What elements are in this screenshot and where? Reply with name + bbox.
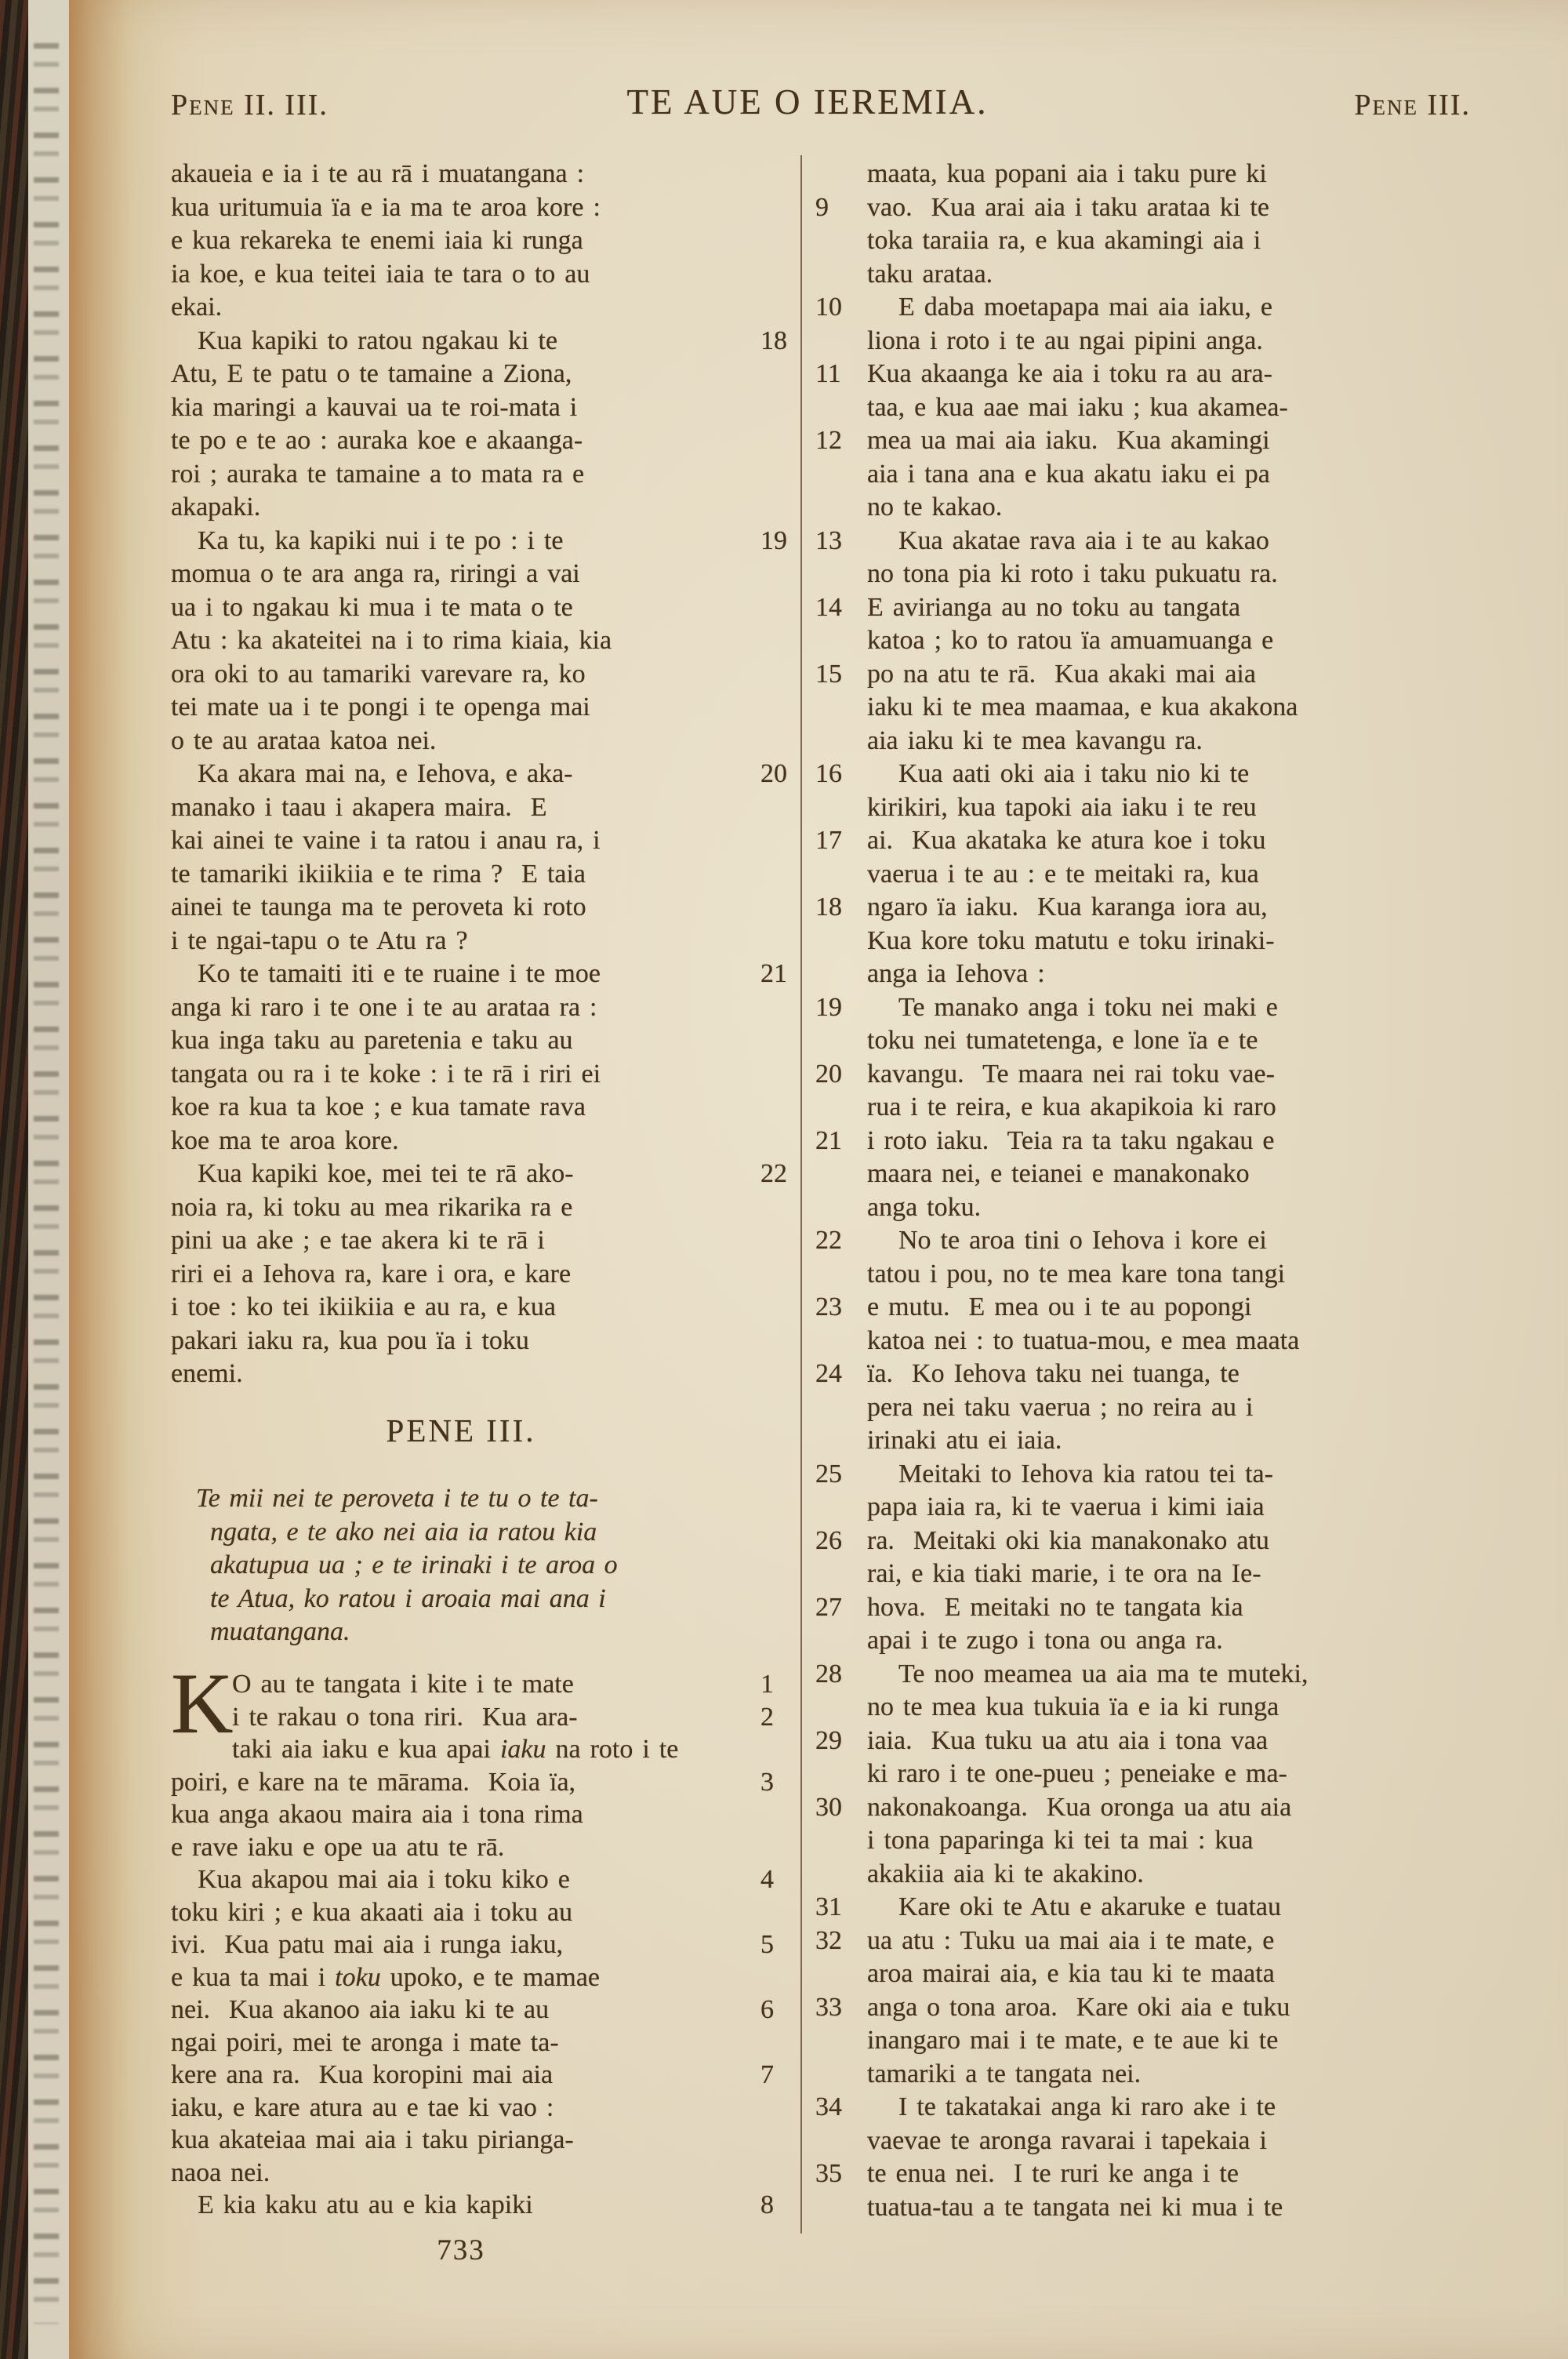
text-line: toku kiri ; e kua akaati aia i toku au xyxy=(171,1896,751,1929)
verse-number: 11 xyxy=(815,358,862,391)
verse-number: 14 xyxy=(815,591,862,625)
text-line: i roto iaku. Teia ra ta taku ngakau e21 xyxy=(815,1125,1447,1158)
text-line: iaku, e kare atura au e tae ki vao : xyxy=(171,2092,751,2125)
text-line: Kua kore toku matutu e toku irinaki- xyxy=(815,925,1447,958)
text-line: E kia kaku atu au e kia kapiki8 xyxy=(171,2189,751,2222)
text-line: akatupua ua ; e te irinaki i te aroa o xyxy=(196,1549,757,1583)
text-line: Kua kapiki to ratou ngakau ki te18 xyxy=(171,325,751,358)
text-line: noia ra, ki toku au mea rikarika ra e xyxy=(171,1191,751,1225)
text-line: anga ia Iehova : xyxy=(815,958,1447,991)
text-line: iaia. Kua tuku ua atu aia i tona vaa29 xyxy=(815,1725,1447,1758)
running-head-title: TE AUE O IEREMIA. xyxy=(549,82,1066,122)
text-line: Kua kapiki koe, mei tei te rā ako-22 xyxy=(171,1158,751,1191)
verse-number: 8 xyxy=(760,2189,808,2222)
verse-number: 20 xyxy=(760,758,808,791)
text-line: i te rakau o tona riri. Kua ara-2 xyxy=(171,1701,751,1734)
verse-number: 21 xyxy=(760,958,808,991)
text-line: ngata, e te ako nei aia ia ratou kia xyxy=(196,1516,757,1550)
text-line: tangata ou ra i te koke : i te rā i riri… xyxy=(171,1058,751,1092)
book-cover-marbled-edge xyxy=(0,0,28,2359)
text-line: toku nei tumatetenga, e lone ïa e te xyxy=(815,1024,1447,1058)
text-line: kua anga akaou maira aia i tona rima xyxy=(171,1798,751,1831)
text-line: e kua rekareka te enemi iaia ki runga xyxy=(171,224,751,258)
verse-number: 4 xyxy=(760,1863,808,1896)
text-line: ekai. xyxy=(171,291,751,325)
verse-number: 13 xyxy=(815,525,862,558)
text-line: ngai poiri, mei te aronga i mate ta- xyxy=(171,2026,751,2059)
text-line: rai, e kia tiaki marie, i te ora na Ie- xyxy=(815,1558,1447,1591)
text-line: kua akateiaa mai aia i taku pirianga- xyxy=(171,2124,751,2157)
verse-number: 19 xyxy=(760,525,808,558)
verse-number: 33 xyxy=(815,1991,862,2025)
verse-number: 17 xyxy=(815,824,862,858)
text-line: i tona paparinga ki tei ta mai : kua xyxy=(815,1824,1447,1858)
text-line: E avirianga au no toku au tangata14 xyxy=(815,591,1447,625)
text-line: Kua akaanga ke aia i toku ra au ara-11 xyxy=(815,358,1447,391)
text-line: maata, kua popani aia i taku pure ki xyxy=(815,158,1447,191)
verse-number: 6 xyxy=(760,1994,808,2026)
verse-number: 9 xyxy=(815,191,862,225)
text-line: anga toku. xyxy=(815,1191,1447,1225)
text-line: ïa. Ko Iehova taku nei tuanga, te24 xyxy=(815,1358,1447,1391)
verse-number: 3 xyxy=(760,1766,808,1799)
text-line: ngaro ïa iaku. Kua karanga iora au,18 xyxy=(815,891,1447,925)
verse-number: 18 xyxy=(760,325,808,358)
text-line: vaevae te aronga ravarai i tapekaia i xyxy=(815,2125,1447,2158)
verse-number: 7 xyxy=(760,2059,808,2092)
chapter-heading: PENE III. xyxy=(171,1412,751,1449)
text-line: po na atu te rā. Kua akaki mai aia15 xyxy=(815,658,1447,692)
text-line: akakiia aia ki te akakino. xyxy=(815,1858,1447,1892)
text-line: tei mate ua i te pongi i te openga mai xyxy=(171,691,751,725)
text-line: Atu : ka akateitei na i to rima kiaia, k… xyxy=(171,624,751,658)
verse-number: 15 xyxy=(815,658,862,692)
verse-number: 20 xyxy=(815,1058,862,1092)
text-line: Ko te tamaiti iti e te ruaine i te moe21 xyxy=(171,958,751,991)
text-line: tatou i pou, no te mea kare tona tangi xyxy=(815,1258,1447,1292)
verse-number: 31 xyxy=(815,1891,862,1925)
text-line: Kare oki te Atu e akaruke e tuatau31 xyxy=(815,1891,1447,1925)
text-line: ai. Kua akataka ke atura koe i toku17 xyxy=(815,824,1447,858)
left-column-chapter3-text: K O au te tangata i kite i te mate1i te … xyxy=(171,1668,751,2222)
verse-number: 25 xyxy=(815,1458,862,1492)
verse-number: 26 xyxy=(815,1525,862,1558)
text-line: manako i taau i akapera maira. E xyxy=(171,791,751,825)
text-line: koe ma te aroa kore. xyxy=(171,1125,751,1158)
text-line: kua uritumuia ïa e ia ma te aroa kore : xyxy=(171,191,751,225)
text-line: ki raro i te one-pueu ; peneiake e ma- xyxy=(815,1757,1447,1791)
text-line: tamariki a te tangata nei. xyxy=(815,2058,1447,2092)
text-line: E daba moetapapa mai aia iaku, e10 xyxy=(815,291,1447,325)
running-head-right: Pene III. xyxy=(1254,88,1471,122)
text-line: kirikiri, kua tapoki aia iaku i te reu xyxy=(815,791,1447,825)
text-line: vaerua i te au : e te meitaki ra, kua xyxy=(815,858,1447,892)
text-line: irinaki atu ei iaia. xyxy=(815,1424,1447,1458)
verse-number: 2 xyxy=(760,1701,808,1734)
previous-page-edge xyxy=(28,0,69,2359)
text-line: kua inga taku au paretenia e taku au xyxy=(171,1024,751,1058)
verse-number: 24 xyxy=(815,1358,862,1391)
text-line: kai ainei te vaine i ta ratou i anau ra,… xyxy=(171,824,751,858)
verse-number: 22 xyxy=(760,1158,808,1191)
text-line: akapaki. xyxy=(171,491,751,525)
text-line: e mutu. E mea ou i te au popongi23 xyxy=(815,1291,1447,1325)
text-line: vao. Kua arai aia i taku arataa ki te9 xyxy=(815,191,1447,225)
text-line: Kua aati oki aia i taku nio ki te16 xyxy=(815,758,1447,791)
verse-number: 28 xyxy=(815,1658,862,1692)
text-line: O au te tangata i kite i te mate1 xyxy=(171,1668,751,1701)
text-line: Ka tu, ka kapiki nui i te po : i te19 xyxy=(171,525,751,558)
text-line: kia maringi a kauvai ua te roi-mata i xyxy=(171,391,751,425)
column-divider-rule xyxy=(800,155,802,2234)
text-line: poiri, e kare na te mārama. Koia ïa,3 xyxy=(171,1766,751,1799)
verse-number: 16 xyxy=(815,758,862,791)
verse-number: 29 xyxy=(815,1725,862,1758)
text-line: Ka akara mai na, e Iehova, e aka-20 xyxy=(171,758,751,791)
text-line: ainei te taunga ma te peroveta ki roto xyxy=(171,891,751,925)
text-line: nakonakoanga. Kua oronga ua atu aia30 xyxy=(815,1791,1447,1825)
text-line: Kua akatae rava aia i te au kakao13 xyxy=(815,525,1447,558)
text-line: e rave iaku e ope ua atu te rā. xyxy=(171,1831,751,1864)
text-line: te enua nei. I te ruri ke anga i te35 xyxy=(815,2157,1447,2191)
text-line: ra. Meitaki oki kia manakonako atu26 xyxy=(815,1525,1447,1558)
text-line: I te takatakai anga ki raro ake i te34 xyxy=(815,2091,1447,2125)
text-line: rua i te reira, e kua akapikoia ki raro xyxy=(815,1091,1447,1125)
text-line: papa iaia ra, ki te vaerua i kimi iaia xyxy=(815,1491,1447,1525)
text-line: toka taraiia ra, e kua akamingi aia i xyxy=(815,224,1447,258)
text-line: akaueia e ia i te au rā i muatangana : xyxy=(171,158,751,191)
scanned-book-page: { "page": { "header_left": "Pene II. III… xyxy=(0,0,1568,2359)
chapter-summary: Te mii nei te peroveta i te tu o te ta-n… xyxy=(196,1482,757,1649)
verse-number: 19 xyxy=(815,991,862,1025)
verse-number: 18 xyxy=(815,891,862,925)
text-line: katoa ; ko to ratou ïa amuamuanga e xyxy=(815,624,1447,658)
verse-number: 22 xyxy=(815,1224,862,1258)
verse-number: 12 xyxy=(815,424,862,458)
verse-number: 21 xyxy=(815,1125,862,1158)
text-line: muatangana. xyxy=(196,1616,757,1649)
text-line: pini ua ake ; e tae akera ki te rā i xyxy=(171,1224,751,1258)
verse-number: 23 xyxy=(815,1291,862,1325)
right-column-text: maata, kua popani aia i taku pure kivao.… xyxy=(815,158,1447,2224)
text-line: apai i te zugo i tona ou anga ra. xyxy=(815,1624,1447,1658)
text-line: taku arataa. xyxy=(815,258,1447,292)
text-line: aia i tana ana e kua akatu iaku ei pa xyxy=(815,458,1447,492)
text-line: no te mea kua tukuia ïa e ia ki runga xyxy=(815,1691,1447,1725)
text-line: no tona pia ki roto i taku pukuatu ra. xyxy=(815,558,1447,591)
text-line: i toe : ko tei ikiikiia e au ra, e kua xyxy=(171,1291,751,1325)
verse-number: 35 xyxy=(815,2157,862,2191)
text-line: Atu, E te patu o te tamaine a Ziona, xyxy=(171,358,751,391)
text-line: Meitaki to Iehova kia ratou tei ta-25 xyxy=(815,1458,1447,1492)
text-line: anga o tona aroa. Kare oki aia e tuku33 xyxy=(815,1991,1447,2025)
text-line: ia koe, e kua teitei iaia te tara o to a… xyxy=(171,258,751,292)
verse-number: 1 xyxy=(760,1668,808,1701)
text-line: nei. Kua akanoo aia iaku ki te au6 xyxy=(171,1994,751,2026)
text-line: hova. E meitaki no te tangata kia27 xyxy=(815,1591,1447,1625)
text-line: o te au arataa katoa nei. xyxy=(171,725,751,758)
text-line: liona i roto i te au ngai pipini anga. xyxy=(815,325,1447,358)
text-line: kere ana ra. Kua koropini mai aia7 xyxy=(171,2059,751,2092)
text-line: te Atua, ko ratou i aroaia mai ana i xyxy=(196,1583,757,1616)
verse-number: 10 xyxy=(815,291,862,325)
text-line: Te manako anga i toku nei maki e19 xyxy=(815,991,1447,1025)
verse-number: 30 xyxy=(815,1791,862,1825)
text-line: no te kakao. xyxy=(815,491,1447,525)
text-line: ora oki to au tamariki varevare ra, ko xyxy=(171,658,751,692)
text-line: riri ei a Iehova ra, kare i ora, e kare xyxy=(171,1258,751,1292)
text-line: naoa nei. xyxy=(171,2157,751,2190)
text-line: taki aia iaku e kua apai iaku na roto i … xyxy=(171,1733,751,1766)
text-line: tuatua-tau a te tangata nei ki mua i te xyxy=(815,2191,1447,2225)
text-line: e kua ta mai i toku upoko, e te mamae xyxy=(171,1961,751,1994)
text-line: anga ki raro i te one i te au arataa ra … xyxy=(171,991,751,1025)
text-line: koe ra kua ta koe ; e kua tamate rava xyxy=(171,1091,751,1125)
text-line: taa, e kua aae mai iaku ; kua akamea- xyxy=(815,391,1447,425)
text-line: te tamariki ikiikiia e te rima ? E taia xyxy=(171,858,751,892)
text-line: mea ua mai aia iaku. Kua akamingi12 xyxy=(815,424,1447,458)
text-line: aia iaku ki te mea kavangu ra. xyxy=(815,725,1447,758)
text-line: Te mii nei te peroveta i te tu o te ta- xyxy=(196,1482,757,1516)
text-line: enemi. xyxy=(171,1358,751,1391)
text-line: maara nei, e teianei e manakonako xyxy=(815,1158,1447,1191)
text-line: ua atu : Tuku ua mai aia i te mate, e32 xyxy=(815,1925,1447,1958)
text-line: ua i to ngakau ki mua i te mata o te xyxy=(171,591,751,625)
text-line: momua o te ara anga ra, riringi a vai xyxy=(171,558,751,591)
verse-number: 34 xyxy=(815,2091,862,2125)
text-line: ivi. Kua patu mai aia i runga iaku,5 xyxy=(171,1928,751,1961)
text-line: Kua akapou mai aia i toku kiko e4 xyxy=(171,1863,751,1896)
text-line: No te aroa tini o Iehova i kore ei22 xyxy=(815,1224,1447,1258)
text-line: pakari iaku ra, kua pou ïa i toku xyxy=(171,1325,751,1358)
verse-number: 32 xyxy=(815,1925,862,1958)
page-number: 733 xyxy=(171,2234,751,2267)
text-line: kavangu. Te maara nei rai toku vae-20 xyxy=(815,1058,1447,1092)
text-line: Te noo meamea ua aia ma te muteki,28 xyxy=(815,1658,1447,1692)
verse-number: 27 xyxy=(815,1591,862,1625)
text-line: inangaro mai i te mate, e te aue ki te xyxy=(815,2024,1447,2058)
running-head-left: Pene II. III. xyxy=(171,88,328,122)
left-column-chapter2-text: akaueia e ia i te au rā i muatangana :ku… xyxy=(171,158,751,1391)
text-line: katoa nei : to tuatua-mou, e mea maata xyxy=(815,1325,1447,1358)
text-line: i te ngai-tapu o te Atu ra ? xyxy=(171,925,751,958)
text-line: roi ; auraka te tamaine a to mata ra e xyxy=(171,458,751,492)
text-line: te po e te ao : auraka koe e akaanga- xyxy=(171,424,751,458)
verse-number: 5 xyxy=(760,1928,808,1961)
text-line: aroa mairai aia, e kia tau ki te maata xyxy=(815,1957,1447,1991)
text-line: iaku ki te mea maamaa, e kua akakona xyxy=(815,691,1447,725)
text-line: pera nei taku vaerua ; no reira au i xyxy=(815,1391,1447,1425)
